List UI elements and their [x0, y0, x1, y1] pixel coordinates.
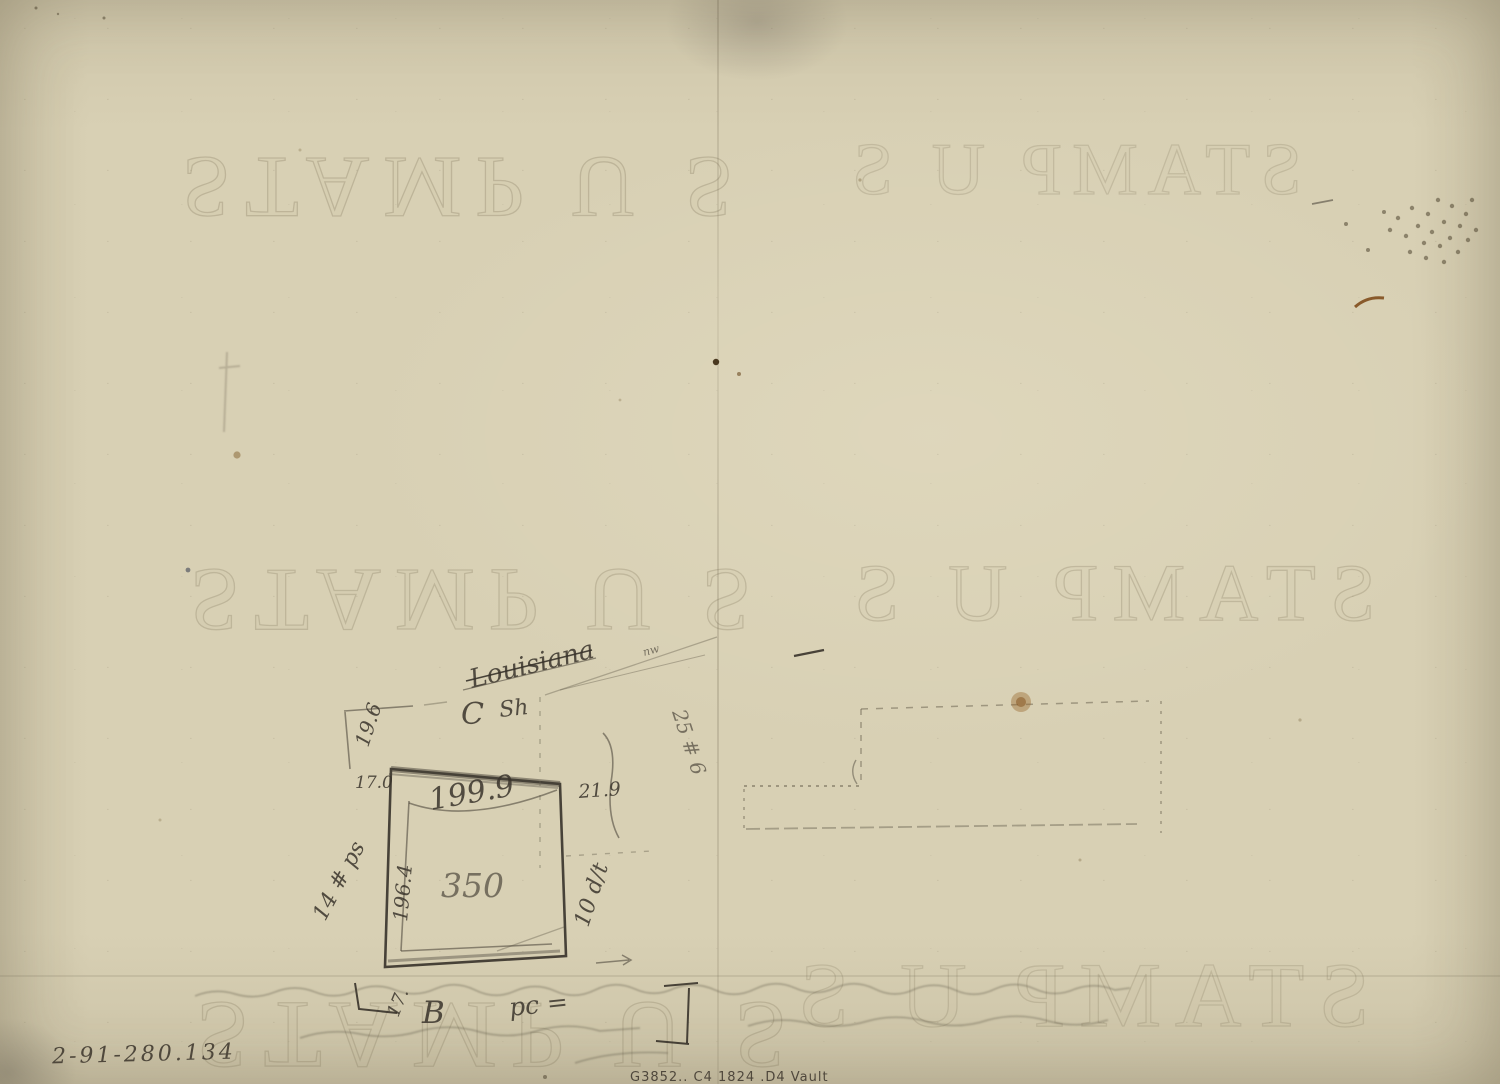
corner-label-c: C: [461, 697, 484, 732]
note-upper-right-rotated: 25 # 6: [667, 705, 711, 778]
foxing-spots: [35, 7, 1302, 1080]
scanned-document-page: STAMP U S STAMP U S STAMP U S STAMP U S …: [0, 0, 1500, 1084]
paper-fiber: [1355, 298, 1384, 307]
dim-offset-top: 19.6: [350, 700, 387, 750]
dim-corner-left: 17.0: [355, 773, 393, 793]
note-right-rotated: 10 d/t: [570, 860, 614, 930]
ghost-script-showthrough: [195, 352, 1130, 1063]
area-value: 350: [441, 866, 504, 905]
pencil-sketch-layer: Louisiana C Sh nw 19.6 17.0 199.9 21.9 3…: [0, 0, 1500, 1084]
sketch-annotations: C Sh nw 19.6 17.0 199.9 21.9 350 196.4 1…: [308, 642, 711, 1031]
note-left-rotated: 14 # ps: [308, 837, 370, 924]
call-number: G3852.. C4 1824 .D4 Vault: [630, 1070, 829, 1084]
dim-left-edge: 196.4: [388, 863, 417, 922]
script-after-c: Sh: [498, 695, 530, 723]
dot-cluster: [1344, 198, 1478, 264]
catalog-number: 2-91-280.134: [52, 1040, 236, 1070]
dim-corner-right: 21.9: [577, 778, 622, 803]
dimension-lines: [344, 200, 1333, 965]
stepped-boundary-outline: [744, 701, 1161, 833]
corner-label-b: B: [421, 995, 445, 1031]
